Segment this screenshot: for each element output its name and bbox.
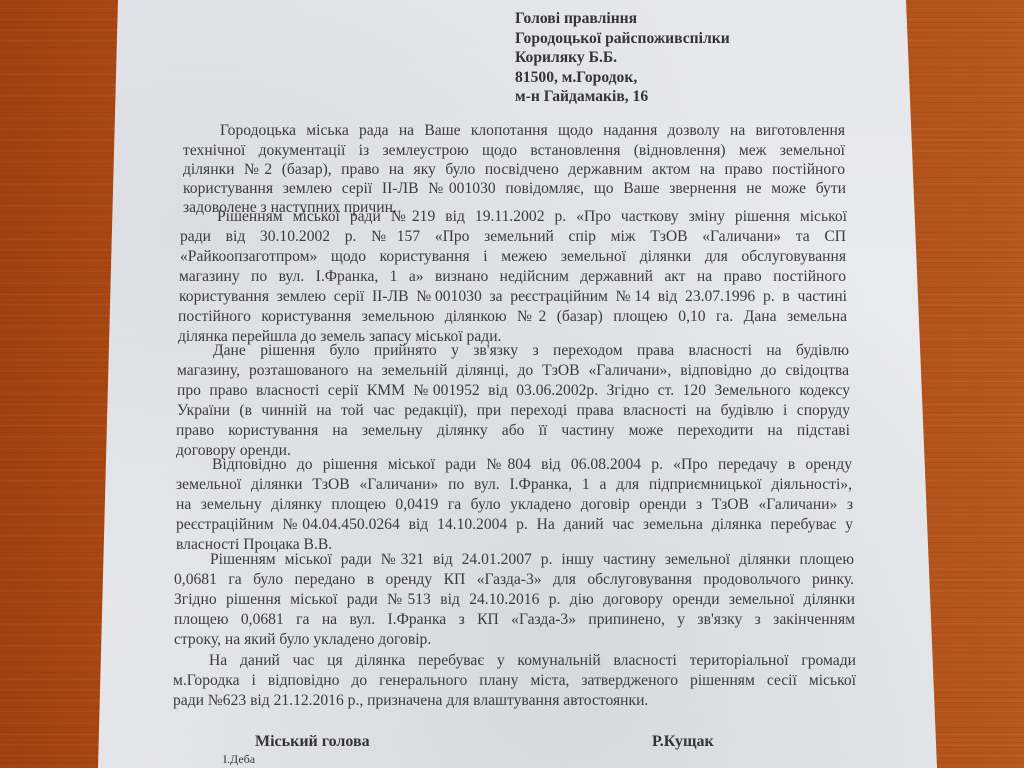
executor-name: І.Деба [223, 752, 255, 767]
text-line: строку, на який було укладено договір. [174, 630, 454, 650]
text-line: про право власності серії КММ №001952 ві… [177, 381, 850, 401]
text-line: користування землею серії ІІ-ЛВ №001030 … [179, 287, 847, 307]
official-letter: Голові правління Городоцької райспоживсп… [0, 0, 1024, 768]
addressee-line: Голові правління [515, 9, 730, 29]
text-line: реєстраційним №04.04.450.0264 від 14.10.… [176, 515, 853, 535]
signatory-title: Міський голова [255, 733, 370, 751]
text-line: технічної документації із землеустрою що… [183, 141, 845, 161]
addressee-block: Голові правління Городоцької райспоживсп… [515, 9, 730, 107]
text-line: постійного користування земельною ділянк… [178, 307, 847, 327]
text-line: ради №623 від 21.12.2016 р., призначена … [173, 691, 733, 711]
text-line: «Райкоопзаготпром» щодо користування і м… [180, 247, 846, 267]
addressee-line: Кориляку Б.Б. [515, 48, 730, 68]
text-line: 0,0681 га було передано в оренду КП «Газ… [174, 570, 854, 590]
text-line: м.Городка і відповідно до генерального п… [173, 671, 856, 691]
text-line: площею 0,0681 га на вул. І.Франка з КП «… [174, 610, 855, 630]
text-line: ділянки №2 (базар), право на яку було по… [183, 160, 845, 180]
text-line: Рішенням міської ради №321 від 24.01.200… [210, 550, 854, 570]
text-line: Городоцька міська рада на Ваше клопотанн… [220, 121, 845, 141]
text-line: на земельну ділянку площею 0,0419 га бул… [176, 495, 853, 515]
text-line: На даний час ця ділянка перебуває у кому… [209, 651, 856, 671]
addressee-line: 81500, м.Городок, [515, 68, 730, 88]
text-line: Згідно рішення міської ради №513 від 24.… [174, 590, 855, 610]
text-line: земельної ділянки ТзОВ «Галичани» по вул… [176, 475, 852, 495]
signatory-name: Р.Кущак [652, 733, 714, 751]
text-line: ради від 30.10.2002 р. №157 «Про земельн… [180, 227, 846, 247]
addressee-line: м-н Гайдамаків, 16 [515, 87, 730, 107]
text-line: Відповідно до рішення міської ради №804 … [212, 455, 852, 475]
text-line: Дане рішення було прийнято у зв'язку з п… [213, 341, 849, 361]
text-line: користування землею серії ІІ-ЛВ №001030 … [183, 179, 846, 199]
text-line: магазину по вул. І.Франка, 1 а» визнано … [179, 267, 846, 287]
text-line: України (в чинній на той час редакції), … [177, 401, 850, 421]
text-line: Рішенням міської ради №219 від 19.11.200… [217, 207, 847, 227]
text-line: магазину, розташованого на земельній діл… [177, 361, 849, 381]
text-line: право користування на земельну ділянку а… [176, 421, 850, 441]
addressee-line: Городоцької райспоживспілки [515, 29, 730, 49]
